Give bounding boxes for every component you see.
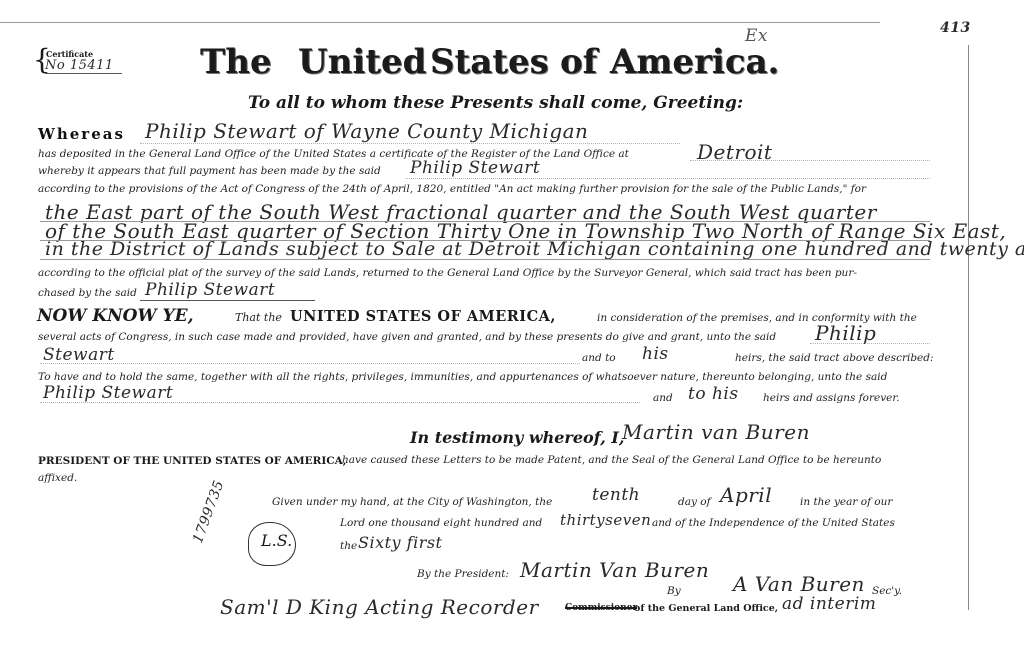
that-the-text: That the <box>235 311 282 324</box>
act-of-congress-text: according to the provisions of the Act o… <box>38 183 866 195</box>
grantee-full-name: Philip Stewart <box>43 383 173 403</box>
usa-caps: UNITED STATES OF AMERICA, <box>290 308 556 325</box>
tract-line-3: in the District of Lands subject to Sale… <box>45 238 1024 260</box>
given-text-a: Given under my hand, at the City of Wash… <box>272 496 552 508</box>
title-the: The <box>200 42 272 82</box>
fill-line <box>40 259 930 260</box>
top-border-rule <box>0 22 880 23</box>
heirs-forever-text: heirs and assigns forever. <box>763 392 900 404</box>
title-states: States <box>430 42 549 82</box>
general-land-office-text: of the General Land Office, <box>634 603 778 614</box>
ad-interim: ad interim <box>782 594 876 614</box>
heirs-described-text: heirs, the said tract above described: <box>735 352 934 364</box>
several-acts-text: several acts of Congress, in such case m… <box>38 331 776 343</box>
fill-line <box>40 240 930 241</box>
seal-label: L.S. <box>261 531 292 550</box>
habendum-text: To have and to hold the same, together w… <box>38 371 887 383</box>
now-know-ye: NOW KNOW YE, <box>37 306 194 326</box>
year-words: thirtyseven <box>560 511 651 529</box>
fill-line <box>405 178 930 179</box>
president-caps: PRESIDENT OF THE UNITED STATES OF AMERIC… <box>38 455 346 467</box>
president-signature: Martin Van Buren <box>520 558 709 582</box>
purchaser-name: Philip Stewart <box>145 280 275 300</box>
fill-line <box>140 143 680 144</box>
official-plat-text: according to the official plat of the su… <box>38 267 857 279</box>
greeting: To all to whom these Presents shall come… <box>248 93 743 113</box>
and-label: and <box>653 392 673 404</box>
fill-line <box>40 221 930 222</box>
title-america: America. <box>610 42 779 82</box>
grantee-first-name: Philip <box>815 321 876 345</box>
affixed-text: affixed. <box>38 472 77 484</box>
fill-line <box>140 300 315 301</box>
letters-patent-text: have caused these Letters to be made Pat… <box>342 454 881 466</box>
right-border-rule <box>968 45 969 610</box>
testimony-heading: In testimony whereof, I, <box>410 428 624 447</box>
deposit-text: has deposited in the General Land Office… <box>38 148 629 160</box>
by-label: By <box>667 585 681 597</box>
page-number: 413 <box>940 20 971 36</box>
president-name-testimony: Martin van Buren <box>622 420 810 444</box>
struck-commissioner: Commissioner <box>565 603 637 613</box>
pronoun-to-his: to his <box>688 384 739 404</box>
recorder-signature: Sam'l D King Acting Recorder <box>220 595 539 619</box>
seal-ls: L.S. <box>248 522 296 566</box>
payer-name: Philip Stewart <box>410 158 540 178</box>
day-value: tenth <box>592 485 640 505</box>
given-text-c: in the year of our <box>800 496 892 508</box>
fill-line <box>810 343 930 344</box>
independence-year: Sixty first <box>358 533 442 552</box>
title-united: United <box>298 42 426 82</box>
certificate-number: No 15411 <box>45 58 122 74</box>
and-to-text: and to <box>582 352 616 364</box>
given-text-b: day of <box>678 496 710 508</box>
payment-text: whereby it appears that full payment has… <box>38 165 381 177</box>
purchased-by-text: chased by the said <box>38 287 137 299</box>
independence-text: and of the Independence of the United St… <box>652 517 895 529</box>
by-president-label: By the President: <box>417 568 509 580</box>
title-of: of <box>560 42 597 82</box>
month-value: April <box>720 483 772 507</box>
side-document-number: 1799735 <box>190 478 228 545</box>
fill-line <box>690 160 930 161</box>
the-label: the <box>340 540 357 552</box>
secretary-title: Sec'y. <box>872 585 902 597</box>
secretary-signature: A Van Buren <box>733 572 865 596</box>
whereas-label: Whereas <box>38 125 125 143</box>
lord-year-text: Lord one thousand eight hundred and <box>340 517 542 529</box>
grantee-line: Philip Stewart of Wayne County Michigan <box>145 119 588 143</box>
fill-line <box>40 363 580 364</box>
fill-line <box>40 402 640 403</box>
pronoun-his: his <box>642 344 669 364</box>
grantee-last-name: Stewart <box>43 345 115 365</box>
